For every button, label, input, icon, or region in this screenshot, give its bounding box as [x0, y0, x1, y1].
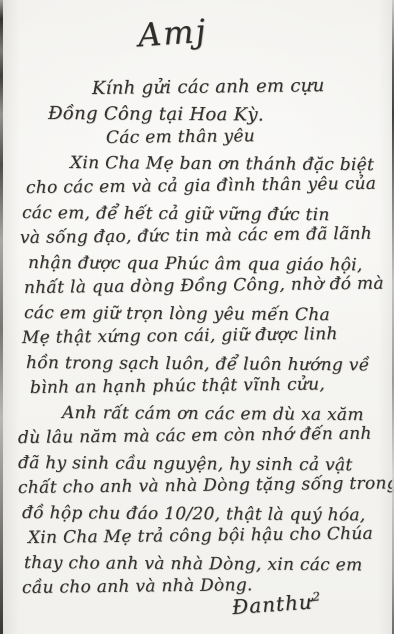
handwriting-line: chất cho anh và nhà Dòng tặng sống trong	[18, 473, 394, 503]
signature-superscript: 2	[312, 589, 322, 604]
handwriting-line: cầu cho anh và nhà Dòng.	[22, 573, 394, 603]
handwriting-line: bình an hạnh phúc thật vĩnh cửu,	[30, 374, 394, 403]
handwriting-line: Kính gửi các anh em cựu	[92, 74, 394, 103]
handwriting-line: và sống đạo, đức tin mà các em đã lãnh	[20, 223, 394, 253]
handwriting-line: Các em thân yêu	[106, 124, 394, 153]
handwriting-line: Mẹ thật xứng con cái, giữ được linh	[22, 323, 394, 353]
handwriting-line: Xin Cha Mẹ trả công bội hậu cho Chúa	[28, 524, 394, 553]
handwriting-line: nhất là qua dòng Đồng Công, nhờ đó mà	[24, 273, 394, 303]
handwriting-line: dù lâu năm mà các em còn nhớ đến anh	[18, 423, 394, 453]
letter-heading: Amj	[137, 12, 209, 55]
signature-name: Đanthư	[231, 590, 313, 620]
signature: Đanthư2	[231, 589, 322, 619]
letter-body: Kính gửi các anh em cựuĐồng Công tại Hoa…	[0, 78, 394, 603]
letter-page: Amj Kính gửi các anh em cựuĐồng Công tại…	[0, 0, 394, 634]
scan-edge-left	[0, 0, 3, 634]
handwriting-line: cho các em và cả gia đình thân yêu của	[26, 174, 394, 203]
